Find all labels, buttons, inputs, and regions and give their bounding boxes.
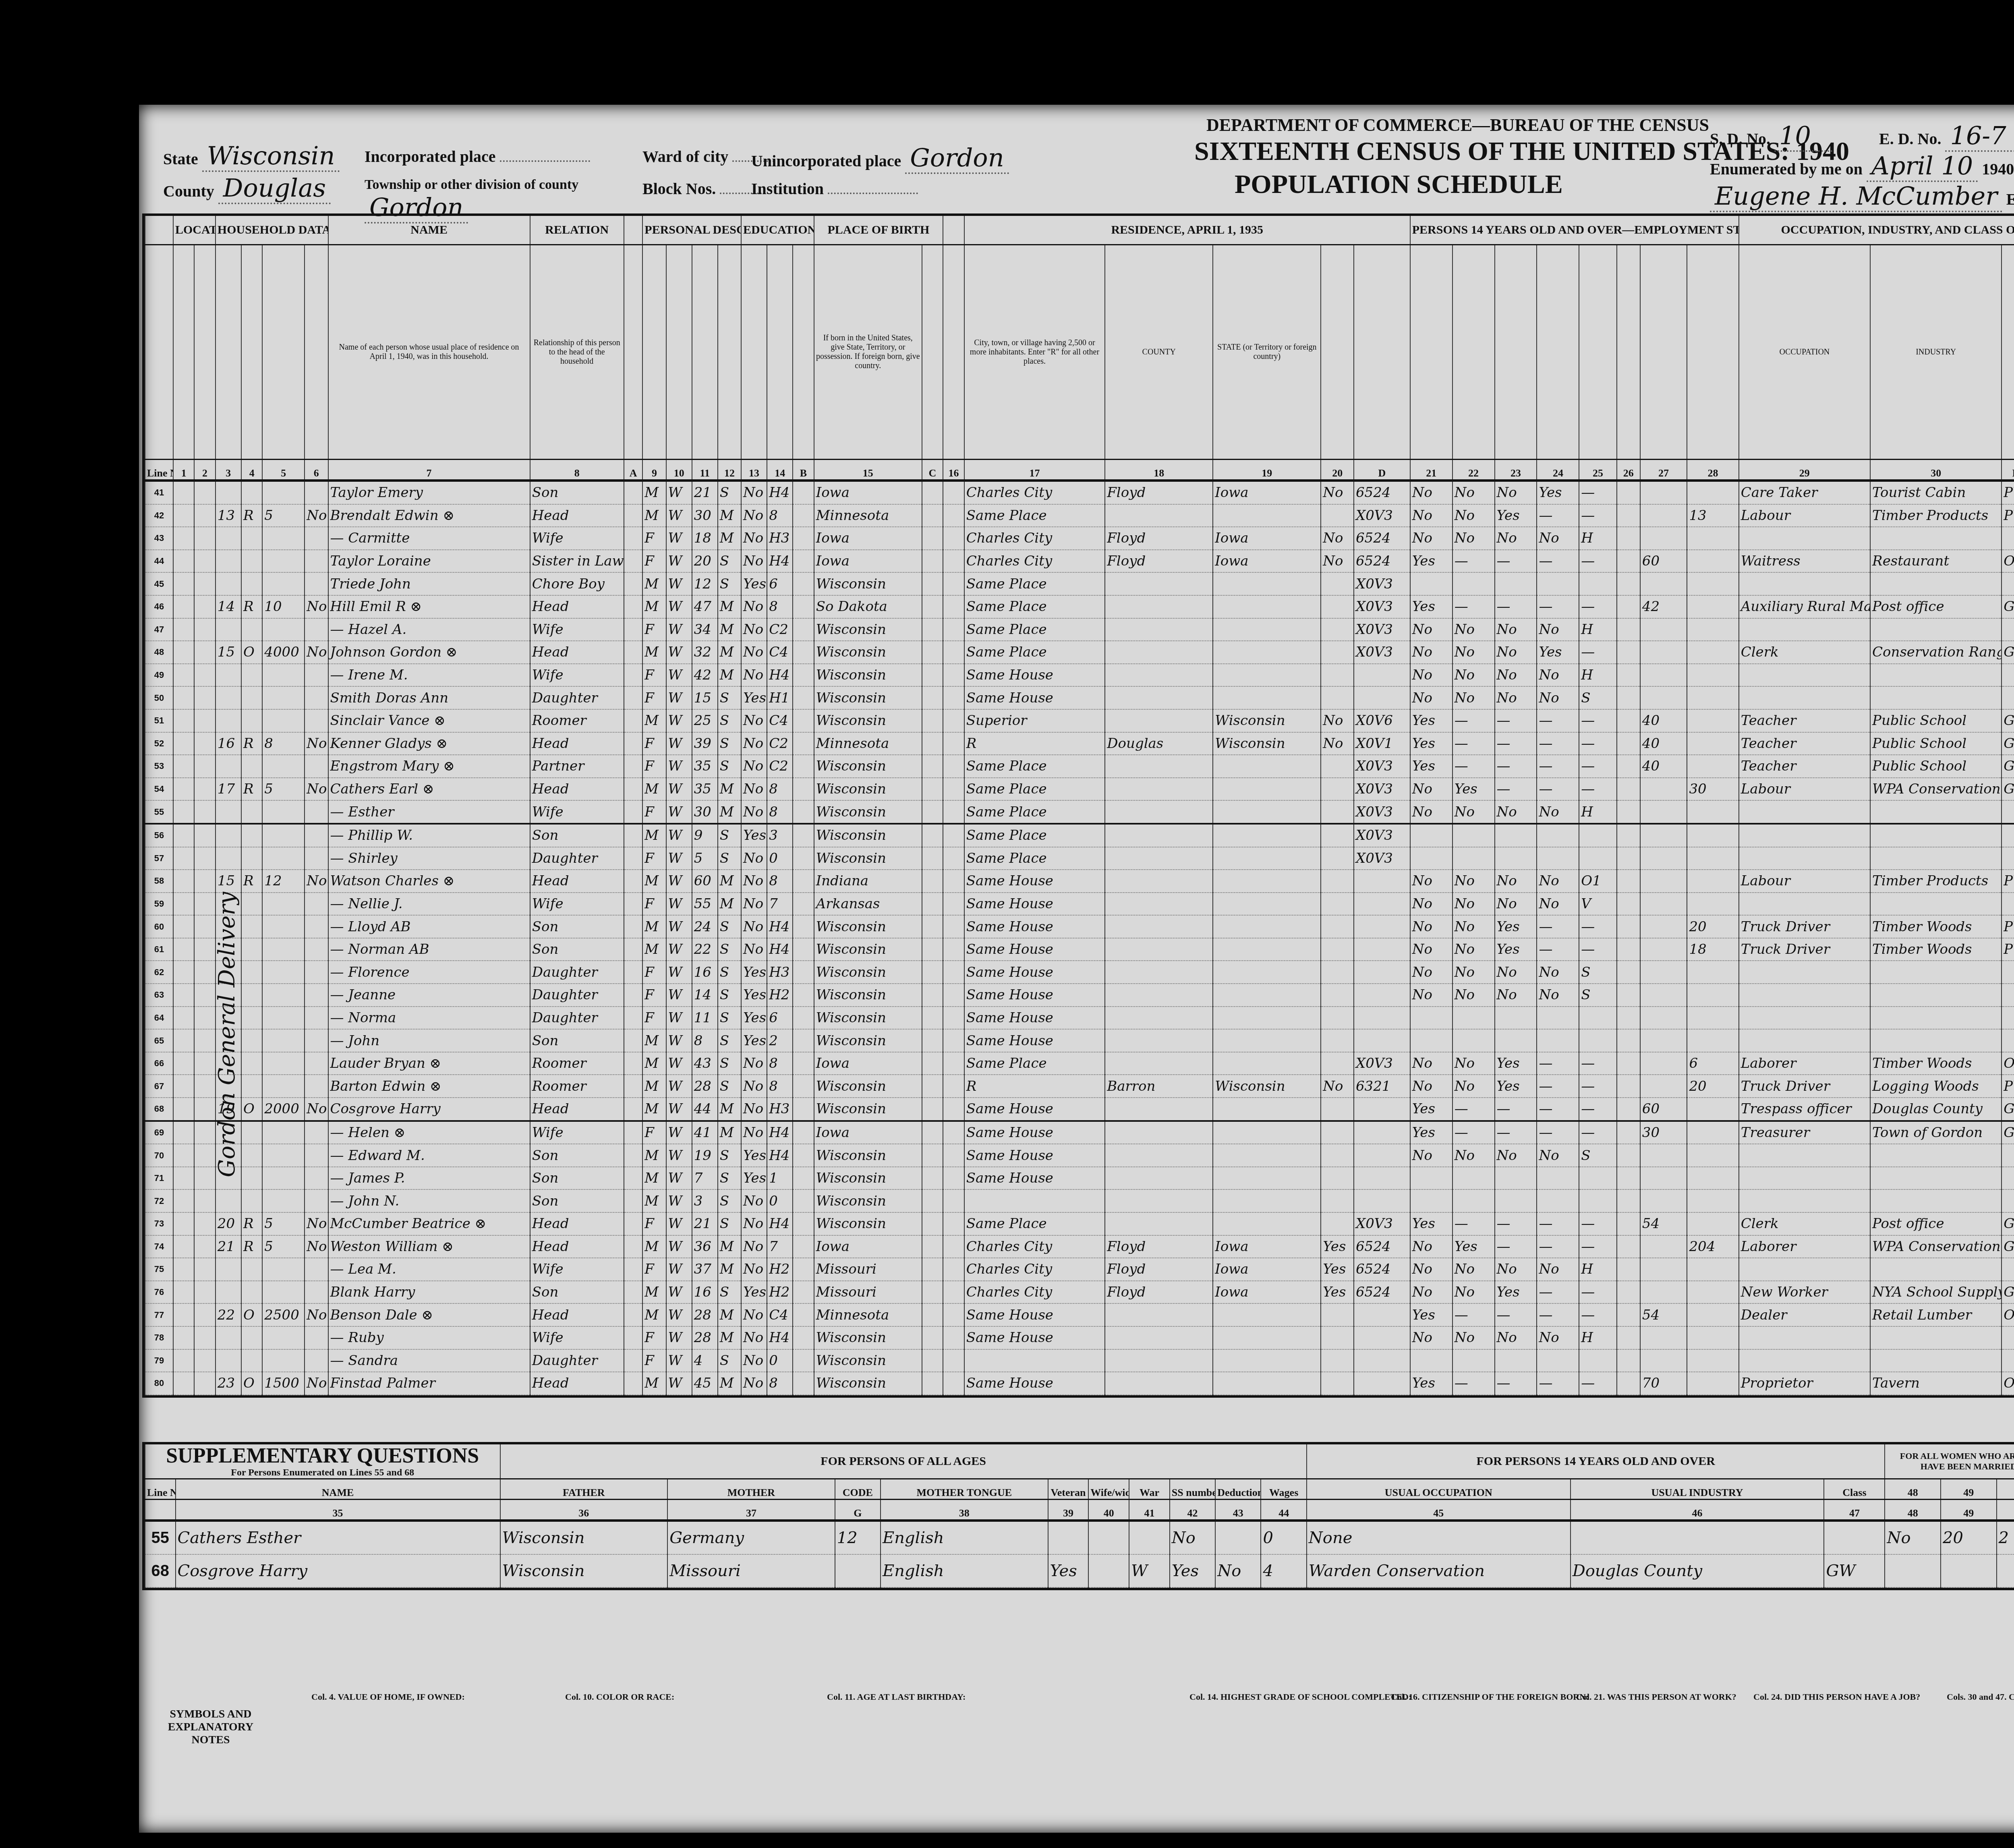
cell-c21: Yes bbox=[1410, 755, 1452, 778]
cell-c24: — bbox=[1537, 1303, 1579, 1326]
supp-cell-father: Wisconsin bbox=[500, 1521, 668, 1554]
cell-rel: Son bbox=[530, 1189, 624, 1212]
cell-c22: No bbox=[1452, 1075, 1495, 1098]
cell-grade: 0 bbox=[767, 847, 793, 870]
cell-birth: Wisconsin bbox=[814, 961, 922, 984]
cell-line: 52 bbox=[145, 732, 173, 755]
cell-rel: Wife bbox=[530, 800, 624, 824]
cell-occupation: Teacher bbox=[1739, 709, 1870, 732]
cell-res-city: Same House bbox=[964, 1098, 1105, 1121]
cell-name: Finstad Palmer bbox=[328, 1372, 530, 1395]
cell-res-state bbox=[1213, 1212, 1321, 1235]
cell-hours bbox=[1640, 870, 1687, 893]
cell-value bbox=[262, 550, 305, 573]
cell-c24 bbox=[1537, 824, 1579, 847]
cell-industry: Timber Woods bbox=[1870, 1052, 2002, 1075]
cell-farm35 bbox=[1321, 572, 1354, 595]
cell-sex: F bbox=[642, 1258, 666, 1281]
cell-sex: F bbox=[642, 984, 666, 1007]
cell-weeks-unemp: 18 bbox=[1687, 938, 1738, 961]
cell-race: W bbox=[666, 755, 692, 778]
county-field: County Douglas bbox=[163, 173, 331, 204]
cell-weeks-unemp bbox=[1687, 1098, 1738, 1121]
supp-cell-wages: 0 bbox=[1261, 1521, 1306, 1554]
cell-rel: Partner bbox=[530, 755, 624, 778]
cell-sex: M bbox=[642, 1029, 666, 1052]
cell-c24: — bbox=[1537, 1372, 1579, 1395]
cell-res-state bbox=[1213, 755, 1321, 778]
cell-res-county bbox=[1105, 1189, 1213, 1212]
cell-sex: M bbox=[642, 504, 666, 527]
cell-industry bbox=[1870, 618, 2002, 641]
cell-c25: H bbox=[1579, 664, 1616, 687]
cell-c21: No bbox=[1410, 1258, 1452, 1281]
cell-marital: S bbox=[718, 572, 741, 595]
cell-sex: M bbox=[642, 1281, 666, 1304]
cell-class bbox=[2002, 1144, 2014, 1167]
cell-c24: No bbox=[1537, 1144, 1579, 1167]
cell-res-county bbox=[1105, 641, 1213, 664]
cell-c25 bbox=[1579, 824, 1616, 847]
cell-farm bbox=[305, 1349, 328, 1372]
cell-class bbox=[2002, 572, 2014, 595]
cell-visit bbox=[215, 1326, 241, 1349]
cell-school: Yes bbox=[741, 1007, 767, 1030]
cell-c24: No bbox=[1537, 527, 1579, 550]
cell-occupation bbox=[1739, 1258, 1870, 1281]
cell-age: 34 bbox=[692, 618, 718, 641]
cell-rel: Head bbox=[530, 870, 624, 893]
cell-res-city: Same House bbox=[964, 1007, 1105, 1030]
cell-weeks-unemp bbox=[1687, 847, 1738, 870]
cell-school: No bbox=[741, 1189, 767, 1212]
cell-race: W bbox=[666, 1303, 692, 1326]
cell-value: 8 bbox=[262, 732, 305, 755]
cell-marital: M bbox=[718, 870, 741, 893]
cell-res-state: Iowa bbox=[1213, 1258, 1321, 1281]
cell-marital: M bbox=[718, 778, 741, 801]
cell-sex: M bbox=[642, 824, 666, 847]
cell-res-county bbox=[1105, 824, 1213, 847]
cell-weeks-unemp bbox=[1687, 1372, 1738, 1395]
cell-farm bbox=[305, 1326, 328, 1349]
cell-weeks-unemp bbox=[1687, 481, 1738, 504]
cell-c25 bbox=[1579, 1349, 1616, 1372]
cell-res-state bbox=[1213, 938, 1321, 961]
cell-res-state bbox=[1213, 504, 1321, 527]
cell-value bbox=[262, 755, 305, 778]
cell-code-d: X0V3 bbox=[1354, 778, 1410, 801]
cell-farm: No bbox=[305, 778, 328, 801]
cell-c24: No bbox=[1537, 618, 1579, 641]
cell-name: Barton Edwin ⊗ bbox=[328, 1075, 530, 1098]
column-number-row: Line No. 12 3456 78A 9101112 1314B 15C16… bbox=[145, 460, 2014, 481]
cell-c24 bbox=[1537, 1167, 1579, 1190]
cell-res-county bbox=[1105, 1144, 1213, 1167]
cell-grade: 7 bbox=[767, 1235, 793, 1258]
cell-age: 37 bbox=[692, 1258, 718, 1281]
cell-sex: M bbox=[642, 641, 666, 664]
cell-value: 12 bbox=[262, 870, 305, 893]
cell-farm bbox=[305, 1167, 328, 1190]
cell-c25: — bbox=[1579, 1281, 1616, 1304]
supplementary-title: SUPPLEMENTARY QUESTIONS bbox=[147, 1444, 498, 1467]
cell-class: GW bbox=[2002, 755, 2014, 778]
cell-c21: No bbox=[1410, 618, 1452, 641]
cell-c24: — bbox=[1537, 504, 1579, 527]
cell-name: Taylor Loraine bbox=[328, 550, 530, 573]
cell-rel: Son bbox=[530, 481, 624, 504]
cell-industry bbox=[1870, 1144, 2002, 1167]
cell-code-d: X0V3 bbox=[1354, 618, 1410, 641]
table-row: 64— NormaDaughterFW11SYes6WisconsinSame … bbox=[145, 1007, 2014, 1030]
cell-code-d: X0V3 bbox=[1354, 572, 1410, 595]
supp-cell-occupation: None bbox=[1307, 1521, 1571, 1554]
cell-hours bbox=[1640, 1235, 1687, 1258]
cell-hours bbox=[1640, 664, 1687, 687]
cell-weeks-unemp bbox=[1687, 755, 1738, 778]
cell-birth: Iowa bbox=[814, 1121, 922, 1144]
cell-industry: Public School bbox=[1870, 732, 2002, 755]
cell-marital: M bbox=[718, 1258, 741, 1281]
cell-line: 63 bbox=[145, 984, 173, 1007]
cell-c25: S bbox=[1579, 1144, 1616, 1167]
cell-c22: No bbox=[1452, 870, 1495, 893]
column-group-row: LOCATION HOUSEHOLD DATA NAME RELATION PE… bbox=[145, 216, 2014, 245]
supp-cell-c49 bbox=[1941, 1554, 1997, 1587]
sheet-header: State Wisconsin County Douglas Incorpora… bbox=[139, 105, 2014, 213]
cell-res-state bbox=[1213, 870, 1321, 893]
cell-res-county bbox=[1105, 938, 1213, 961]
cell-res-county bbox=[1105, 1372, 1213, 1395]
cell-school: Yes bbox=[741, 961, 767, 984]
cell-industry: Public School bbox=[1870, 755, 2002, 778]
cell-industry bbox=[1870, 527, 2002, 550]
cell-line: 51 bbox=[145, 709, 173, 732]
cell-grade: H1 bbox=[767, 686, 793, 709]
cell-race: W bbox=[666, 800, 692, 824]
cell-hours bbox=[1640, 1189, 1687, 1212]
cell-weeks-unemp bbox=[1687, 1189, 1738, 1212]
cell-farm35: No bbox=[1321, 550, 1354, 573]
cell-code-d bbox=[1354, 1372, 1410, 1395]
cell-weeks-unemp bbox=[1687, 824, 1738, 847]
cell-weeks-unemp bbox=[1687, 1029, 1738, 1052]
cell-c23 bbox=[1495, 1349, 1537, 1372]
cell-rel: Sister in Law bbox=[530, 550, 624, 573]
cell-sex: M bbox=[642, 1052, 666, 1075]
table-row: 65— JohnSonMW8SYes2WisconsinSame House65 bbox=[145, 1029, 2014, 1052]
cell-value bbox=[262, 1029, 305, 1052]
cell-res-county bbox=[1105, 847, 1213, 870]
cell-industry bbox=[1870, 1029, 2002, 1052]
cell-grade: 7 bbox=[767, 893, 793, 916]
cell-res-city: Charles City bbox=[964, 1258, 1105, 1281]
cell-owned bbox=[241, 1167, 262, 1190]
cell-name: McCumber Beatrice ⊗ bbox=[328, 1212, 530, 1235]
cell-line: 44 bbox=[145, 550, 173, 573]
cell-owned: O bbox=[241, 1098, 262, 1121]
table-row: 7421R5NoWeston William ⊗HeadMW36MNo7Iowa… bbox=[145, 1235, 2014, 1258]
supplementary-rows: 55Cathers EstherWisconsinGermany12Englis… bbox=[145, 1521, 2014, 1587]
cell-c22: No bbox=[1452, 664, 1495, 687]
cell-owned: R bbox=[241, 595, 262, 618]
cell-owned bbox=[241, 1258, 262, 1281]
cell-race: W bbox=[666, 961, 692, 984]
cell-res-city: Same Place bbox=[964, 572, 1105, 595]
cell-sex: F bbox=[642, 527, 666, 550]
census-sheet: State Wisconsin County Douglas Incorpora… bbox=[139, 105, 2014, 1833]
table-row: 5216R8NoKenner Gladys ⊗HeadFW39SNoC2Minn… bbox=[145, 732, 2014, 755]
cell-res-county: Floyd bbox=[1105, 481, 1213, 504]
cell-res-state: Iowa bbox=[1213, 1235, 1321, 1258]
cell-farm35 bbox=[1321, 893, 1354, 916]
cell-marital: S bbox=[718, 1167, 741, 1190]
cell-weeks-unemp bbox=[1687, 1258, 1738, 1281]
cell-birth: Wisconsin bbox=[814, 1029, 922, 1052]
cell-birth: Wisconsin bbox=[814, 1167, 922, 1190]
cell-value bbox=[262, 481, 305, 504]
cell-c23 bbox=[1495, 847, 1537, 870]
cell-race: W bbox=[666, 778, 692, 801]
cell-farm: No bbox=[305, 870, 328, 893]
cell-age: 32 bbox=[692, 641, 718, 664]
cell-name: Watson Charles ⊗ bbox=[328, 870, 530, 893]
cell-sex: F bbox=[642, 893, 666, 916]
cell-c22: No bbox=[1452, 1281, 1495, 1304]
cell-c21: No bbox=[1410, 1075, 1452, 1098]
cell-marital: S bbox=[718, 686, 741, 709]
cell-race: W bbox=[666, 893, 692, 916]
state-value: Wisconsin bbox=[202, 141, 340, 172]
cell-grade: H4 bbox=[767, 1326, 793, 1349]
cell-occupation: Labour bbox=[1739, 504, 1870, 527]
cell-c21: No bbox=[1410, 800, 1452, 824]
cell-res-city: Same House bbox=[964, 870, 1105, 893]
cell-sex: F bbox=[642, 1121, 666, 1144]
cell-school: No bbox=[741, 1235, 767, 1258]
cell-birth: Iowa bbox=[814, 550, 922, 573]
cell-owned bbox=[241, 1281, 262, 1304]
supp-cell-veteran bbox=[1048, 1521, 1089, 1554]
cell-school: Yes bbox=[741, 686, 767, 709]
cell-code-d bbox=[1354, 870, 1410, 893]
cell-code-d bbox=[1354, 1007, 1410, 1030]
cell-race: W bbox=[666, 664, 692, 687]
cell-c22: — bbox=[1452, 1098, 1495, 1121]
cell-line: 53 bbox=[145, 755, 173, 778]
cell-visit bbox=[215, 686, 241, 709]
cell-c23: No bbox=[1495, 686, 1537, 709]
cell-farm35: No bbox=[1321, 527, 1354, 550]
supp-cell-c48: No bbox=[1885, 1521, 1941, 1554]
cell-c21: No bbox=[1410, 686, 1452, 709]
cell-c22: No bbox=[1452, 481, 1495, 504]
cell-code-d bbox=[1354, 664, 1410, 687]
cell-school: No bbox=[741, 870, 767, 893]
cell-farm bbox=[305, 1029, 328, 1052]
table-row: 7722O2500NoBenson Dale ⊗HeadMW28MNoC4Min… bbox=[145, 1303, 2014, 1326]
cell-res-state bbox=[1213, 961, 1321, 984]
cell-sex: M bbox=[642, 1075, 666, 1098]
cell-industry: Post office bbox=[1870, 595, 2002, 618]
cell-rel: Head bbox=[530, 778, 624, 801]
cell-name: Cosgrove Harry bbox=[328, 1098, 530, 1121]
cell-grade: H4 bbox=[767, 938, 793, 961]
cell-class bbox=[2002, 800, 2014, 824]
cell-c25: — bbox=[1579, 732, 1616, 755]
cell-c24: — bbox=[1537, 1052, 1579, 1075]
table-row: 51Sinclair Vance ⊗RoomerMW25SNoC4Wiscons… bbox=[145, 709, 2014, 732]
incorporated-place-field: Incorporated place bbox=[365, 147, 590, 166]
cell-value bbox=[262, 847, 305, 870]
cell-farm35 bbox=[1321, 1098, 1354, 1121]
cell-birth: Minnesota bbox=[814, 732, 922, 755]
cell-marital: M bbox=[718, 527, 741, 550]
cell-race: W bbox=[666, 686, 692, 709]
supp-cell-mother: Germany bbox=[667, 1521, 835, 1554]
cell-hours bbox=[1640, 961, 1687, 984]
cell-marital: S bbox=[718, 1189, 741, 1212]
cell-visit bbox=[215, 527, 241, 550]
cell-c25: — bbox=[1579, 709, 1616, 732]
cell-farm35 bbox=[1321, 641, 1354, 664]
cell-visit bbox=[215, 572, 241, 595]
cell-industry bbox=[1870, 1326, 2002, 1349]
cell-industry: Town of Gordon bbox=[1870, 1121, 2002, 1144]
cell-c22: No bbox=[1452, 1144, 1495, 1167]
cell-age: 28 bbox=[692, 1326, 718, 1349]
cell-class: GW bbox=[2002, 641, 2014, 664]
cell-c21: No bbox=[1410, 915, 1452, 938]
cell-class bbox=[2002, 984, 2014, 1007]
cell-res-state bbox=[1213, 686, 1321, 709]
cell-farm35 bbox=[1321, 847, 1354, 870]
cell-visit bbox=[215, 550, 241, 573]
cell-c22 bbox=[1452, 847, 1495, 870]
table-row: 71— James P.SonMW7SYes1WisconsinSame Hou… bbox=[145, 1167, 2014, 1190]
cell-c24: No bbox=[1537, 1258, 1579, 1281]
cell-c21: No bbox=[1410, 938, 1452, 961]
cell-code-d: X0V3 bbox=[1354, 1212, 1410, 1235]
cell-res-city: Same House bbox=[964, 984, 1105, 1007]
cell-c22: No bbox=[1452, 893, 1495, 916]
cell-rel: Son bbox=[530, 824, 624, 847]
cell-rel: Daughter bbox=[530, 1349, 624, 1372]
cell-weeks-unemp bbox=[1687, 686, 1738, 709]
cell-c21 bbox=[1410, 1189, 1452, 1212]
cell-line: 47 bbox=[145, 618, 173, 641]
cell-rel: Head bbox=[530, 1303, 624, 1326]
cell-code-d: X0V6 bbox=[1354, 709, 1410, 732]
cell-birth: Wisconsin bbox=[814, 847, 922, 870]
cell-farm: No bbox=[305, 1212, 328, 1235]
cell-c23 bbox=[1495, 572, 1537, 595]
cell-weeks-unemp bbox=[1687, 800, 1738, 824]
cell-industry bbox=[1870, 893, 2002, 916]
cell-line: 41 bbox=[145, 481, 173, 504]
cell-weeks-unemp bbox=[1687, 550, 1738, 573]
cell-grade: H3 bbox=[767, 961, 793, 984]
cell-value bbox=[262, 709, 305, 732]
cell-hours bbox=[1640, 572, 1687, 595]
cell-occupation: Clerk bbox=[1739, 641, 1870, 664]
cell-sex: M bbox=[642, 1372, 666, 1395]
cell-sex: F bbox=[642, 755, 666, 778]
cell-c23: — bbox=[1495, 778, 1537, 801]
cell-value bbox=[262, 1281, 305, 1304]
cell-c22 bbox=[1452, 1189, 1495, 1212]
cell-farm35 bbox=[1321, 664, 1354, 687]
supp-cell-code: 12 bbox=[835, 1521, 881, 1554]
cell-class bbox=[2002, 686, 2014, 709]
cell-res-city: Same House bbox=[964, 1167, 1105, 1190]
cell-c21: No bbox=[1410, 870, 1452, 893]
cell-class: GW bbox=[2002, 1121, 2014, 1144]
cell-farm: No bbox=[305, 732, 328, 755]
cell-res-city: Same House bbox=[964, 961, 1105, 984]
cell-marital: S bbox=[718, 550, 741, 573]
cell-sex: F bbox=[642, 1326, 666, 1349]
table-row: 78— RubyWifeFW28MNoH4WisconsinSame House… bbox=[145, 1326, 2014, 1349]
cell-farm bbox=[305, 1007, 328, 1030]
cell-age: 35 bbox=[692, 755, 718, 778]
cell-c24: — bbox=[1537, 1098, 1579, 1121]
cell-race: W bbox=[666, 1098, 692, 1121]
cell-line: 55 bbox=[145, 800, 173, 824]
cell-c21: Yes bbox=[1410, 1372, 1452, 1395]
cell-occupation: Waitress bbox=[1739, 550, 1870, 573]
cell-res-city: Same Place bbox=[964, 641, 1105, 664]
cell-owned: R bbox=[241, 778, 262, 801]
cell-race: W bbox=[666, 824, 692, 847]
cell-age: 41 bbox=[692, 1121, 718, 1144]
cell-school: No bbox=[741, 1326, 767, 1349]
cell-res-city: R bbox=[964, 732, 1105, 755]
supp-cell-c50 bbox=[1997, 1554, 2014, 1587]
table-row: 5417R5NoCathers Earl ⊗HeadMW35MNo8Wiscon… bbox=[145, 778, 2014, 801]
cell-owned: R bbox=[241, 1212, 262, 1235]
cell-res-city: Same Place bbox=[964, 618, 1105, 641]
cell-c21: Yes bbox=[1410, 732, 1452, 755]
cell-c24: — bbox=[1537, 709, 1579, 732]
cell-farm35 bbox=[1321, 1303, 1354, 1326]
cell-grade: 8 bbox=[767, 595, 793, 618]
cell-owned bbox=[241, 1189, 262, 1212]
cell-grade: 6 bbox=[767, 1007, 793, 1030]
cell-school: No bbox=[741, 732, 767, 755]
cell-code-d bbox=[1354, 915, 1410, 938]
table-row: 57— ShirleyDaughterFW5SNo0WisconsinSame … bbox=[145, 847, 2014, 870]
cell-farm35: No bbox=[1321, 732, 1354, 755]
cell-birth: Iowa bbox=[814, 481, 922, 504]
cell-res-county bbox=[1105, 572, 1213, 595]
cell-line: 80 bbox=[145, 1372, 173, 1395]
cell-occupation bbox=[1739, 847, 1870, 870]
cell-c23: No bbox=[1495, 527, 1537, 550]
cell-farm bbox=[305, 938, 328, 961]
cell-c23: — bbox=[1495, 1121, 1537, 1144]
cell-school: Yes bbox=[741, 824, 767, 847]
cell-race: W bbox=[666, 1007, 692, 1030]
cell-race: W bbox=[666, 709, 692, 732]
cell-c22 bbox=[1452, 1167, 1495, 1190]
cell-hours bbox=[1640, 1167, 1687, 1190]
cell-owned: O bbox=[241, 1303, 262, 1326]
cell-line: 66 bbox=[145, 1052, 173, 1075]
table-row: 4815O4000NoJohnson Gordon ⊗HeadMW32MNoC4… bbox=[145, 641, 2014, 664]
cell-occupation bbox=[1739, 572, 1870, 595]
